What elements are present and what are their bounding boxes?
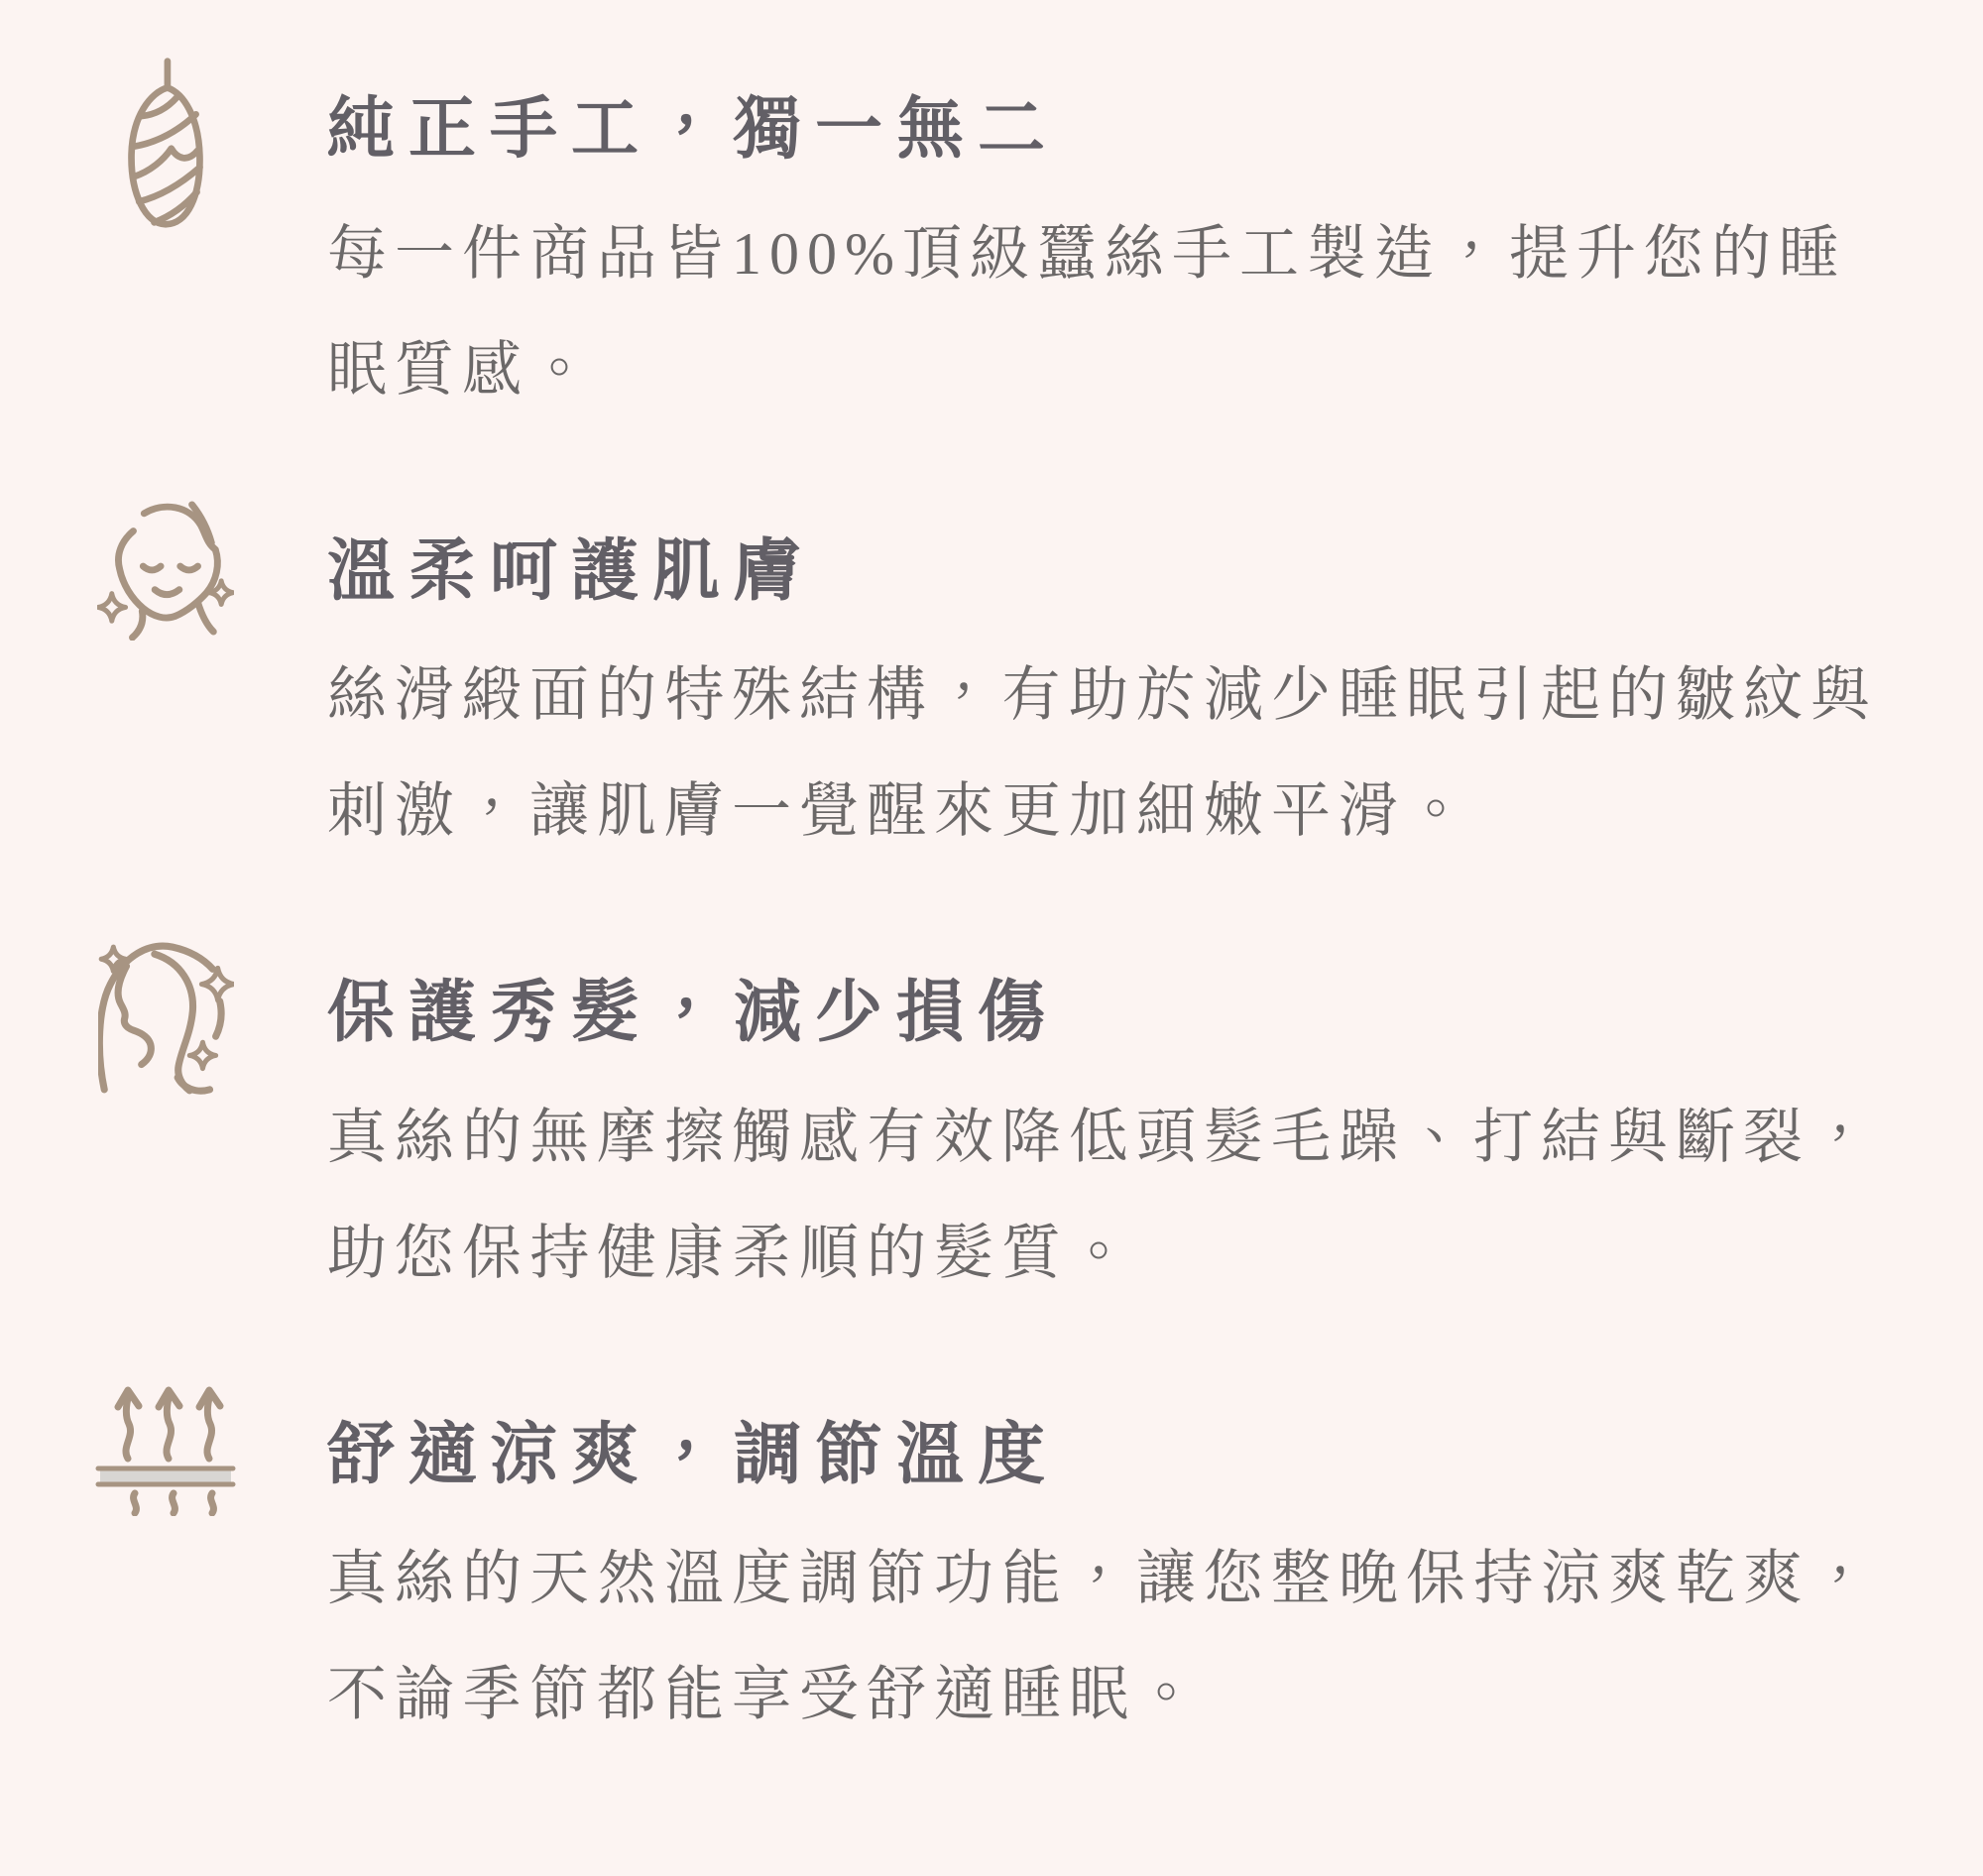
feature-skin-care-description: 絲滑緞面的特殊結構，有助於減少睡眠引起的皺紋與 刺激，讓肌膚一覺醒來更加細嫩平滑… xyxy=(327,638,1878,870)
face-sparkle-icon xyxy=(91,498,240,641)
feature-temperature-title: 舒適涼爽，調節溫度 xyxy=(327,1415,1878,1496)
woman-hair-sparkle-icon xyxy=(91,939,240,1101)
feature-skin-care: 溫柔呵護肌膚 絲滑緞面的特殊結構，有助於減少睡眠引起的皺紋與 刺激，讓肌膚一覺醒… xyxy=(91,498,1933,871)
silk-cocoon-icon-svg xyxy=(120,56,211,230)
feature-temperature-content: 舒適涼爽，調節溫度 真絲的天然溫度調節功能，讓您整晚保持涼爽乾爽， 不論季節都能… xyxy=(327,1381,1878,1754)
feature-skin-care-title: 溫柔呵護肌膚 xyxy=(327,531,1878,613)
feature-handmade: 純正手工，獨一無二 每一件商品皆100%頂級蠶絲手工製造，提升您的睡 眠質感。 xyxy=(91,56,1933,428)
feature-hair-protection-title: 保護秀髮，減少損傷 xyxy=(327,973,1878,1054)
feature-skin-care-content: 溫柔呵護肌膚 絲滑緞面的特殊結構，有助於減少睡眠引起的皺紋與 刺激，讓肌膚一覺醒… xyxy=(327,498,1878,871)
woman-hair-sparkle-icon-svg xyxy=(98,939,234,1101)
breathability-temperature-icon xyxy=(91,1381,240,1516)
feature-handmade-title: 純正手工，獨一無二 xyxy=(327,89,1846,171)
feature-hair-protection: 保護秀髮，減少損傷 真絲的無摩擦觸感有效降低頭髮毛躁、打結與斷裂， 助您保持健康… xyxy=(91,939,1933,1312)
silk-features-section: 純正手工，獨一無二 每一件商品皆100%頂級蠶絲手工製造，提升您的睡 眠質感。 … xyxy=(0,0,1983,1876)
feature-hair-protection-description: 真絲的無摩擦觸感有效降低頭髮毛躁、打結與斷裂， 助您保持健康柔順的髮質。 xyxy=(327,1080,1878,1312)
face-sparkle-icon-svg xyxy=(97,498,234,641)
silk-cocoon-icon xyxy=(91,56,240,230)
feature-temperature: 舒適涼爽，調節溫度 真絲的天然溫度調節功能，讓您整晚保持涼爽乾爽， 不論季節都能… xyxy=(91,1381,1933,1754)
feature-handmade-description: 每一件商品皆100%頂級蠶絲手工製造，提升您的睡 眠質感。 xyxy=(327,196,1846,428)
breathability-temperature-icon-svg xyxy=(95,1381,236,1516)
feature-handmade-content: 純正手工，獨一無二 每一件商品皆100%頂級蠶絲手工製造，提升您的睡 眠質感。 xyxy=(327,56,1846,428)
feature-hair-protection-content: 保護秀髮，減少損傷 真絲的無摩擦觸感有效降低頭髮毛躁、打結與斷裂， 助您保持健康… xyxy=(327,939,1878,1312)
feature-temperature-description: 真絲的天然溫度調節功能，讓您整晚保持涼爽乾爽， 不論季節都能享受舒適睡眠。 xyxy=(327,1521,1878,1753)
